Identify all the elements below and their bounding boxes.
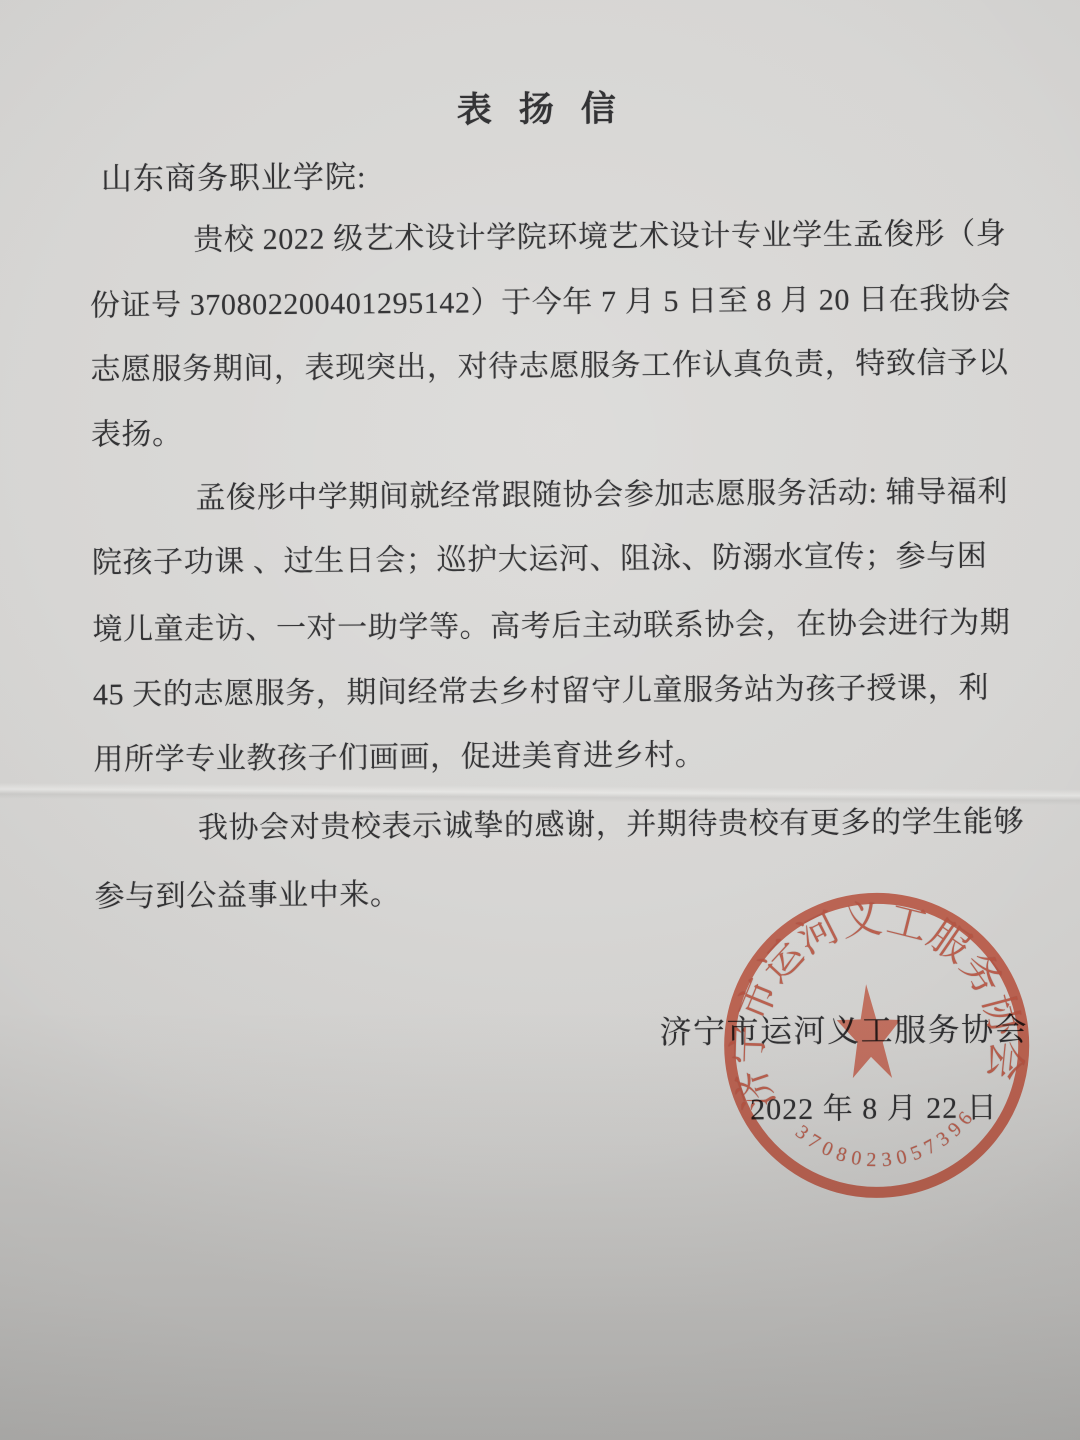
letter-content: 表扬信 山东商务职业学院: 贵校 2022 级艺术设计学院环境艺术设计专业学生孟… (0, 0, 1080, 1440)
letter-title: 表扬信 (0, 78, 1076, 136)
body-line: 孟俊彤中学期间就经常跟随协会参加志愿服务活动: 辅导福利 (195, 466, 1008, 516)
body-line: 份证号 370802200401295142）于今年 7 月 5 日至 8 月 … (90, 273, 1012, 324)
body-line: 我协会对贵校表示诚挚的感谢，并期待贵校有更多的学生能够 (198, 796, 1025, 846)
seal-ring-text-holder: 济宁市运河义工服务协会 (709, 881, 1035, 1117)
star-icon (834, 984, 904, 1078)
body-line: 贵校 2022 级艺术设计学院环境艺术设计专业学生孟俊彤（身 (193, 208, 1006, 258)
body-line: 45 天的志愿服务，期间经常去乡村留守儿童服务站为孩子授课，利 (93, 662, 989, 713)
seal-ring-text: 济宁市运河义工服务协会 (709, 881, 1035, 1117)
salutation: 山东商务职业学院: (101, 151, 367, 198)
photographed-letter: 表扬信 山东商务职业学院: 贵校 2022 级艺术设计学院环境艺术设计专业学生孟… (0, 0, 1080, 1440)
official-seal-graphic: 济宁市运河义工服务协会 3708023057396 (700, 868, 1054, 1222)
body-line: 志愿服务期间，表现突出，对待志愿服务工作认真负责，特致信予以 (90, 337, 1008, 388)
body-line: 用所学专业教孩子们画画，促进美育进乡村。 (93, 730, 705, 779)
body-line: 境儿童走访、一对一助学等。高考后主动联系协会，在协会进行为期 (92, 597, 1010, 648)
official-seal: 济宁市运河义工服务协会 3708023057396 (700, 868, 1054, 1222)
body-line: 表扬。 (91, 409, 183, 454)
body-line: 院孩子功课 、过生日会；巡护大运河、阻泳、防溺水宣传；参与困 (92, 530, 988, 581)
body-line: 参与到公益事业中来。 (94, 869, 400, 915)
